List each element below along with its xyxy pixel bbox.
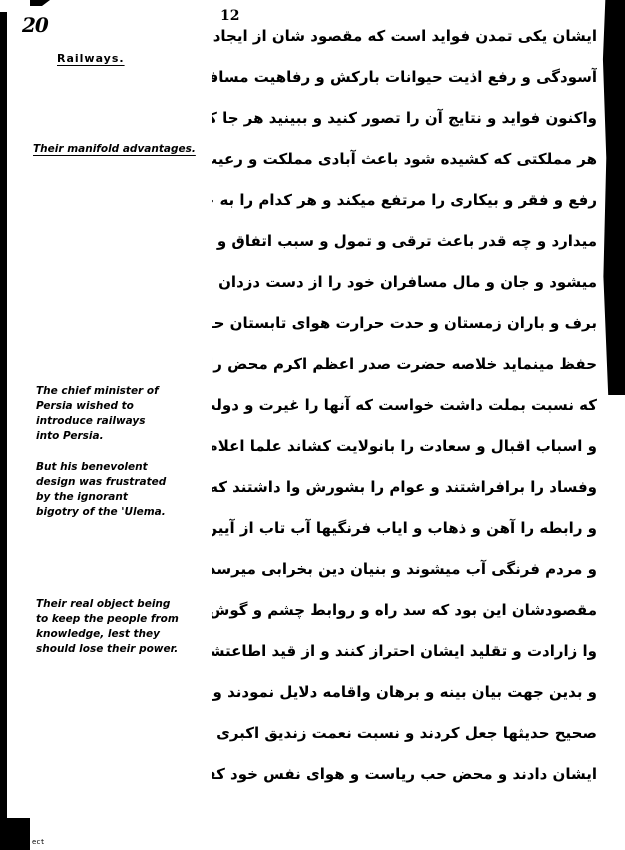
persian-text-line: و اسباب اقبال و سعادت را بانولایت کشاند … — [212, 426, 597, 467]
margin-note-advantages: Their manifold advantages. — [33, 142, 213, 157]
margin-note-real-object: Their real object beingto keep the peopl… — [36, 597, 216, 657]
persian-text-line: برف و باران زمستان و حدت حرارت هوای تابس… — [212, 303, 597, 344]
margin-note-line: to keep the people from — [36, 612, 216, 627]
margin-note-line: by the ignorant — [36, 490, 216, 505]
persian-text-line: و رابطه را آهن و ذهاب و ایاب فرنگیها آب … — [212, 508, 597, 549]
persian-text-line: آسودگی و رفع اذیت حیوانات بارکش و رفاهیت… — [212, 57, 597, 98]
persian-text-line: مقصودشان این بود که سد راه و روابط چشم و… — [212, 590, 597, 631]
margin-heading-railways: Railways. — [57, 52, 125, 65]
margin-note-line: The chief minister of — [36, 384, 216, 399]
persian-text-line: و بدین جهت بیان بینه و برهان واقامه دلای… — [212, 672, 597, 713]
margin-note-line: should lose their power. — [36, 642, 216, 657]
persian-text-line: رفع و فقر و بیکاری را مرتفع میکند و هر ک… — [212, 180, 597, 221]
persian-text-line: و مردم فرنگی آب میشوند و بنیان دین بخراب… — [212, 549, 597, 590]
persian-text-line: وفساد را برافراشتند و عوام را بشورش وا د… — [212, 467, 597, 508]
margin-note-chief-minister: The chief minister ofPersia wished toint… — [36, 384, 216, 444]
margin-note-line: knowledge, lest they — [36, 627, 216, 642]
persian-text-line: ایشان یکی تمدن فواید است که مقصود شان از… — [212, 16, 597, 57]
bottom-scan-mark: ect — [32, 838, 45, 846]
persian-text-line: واکنون فواید و نتایج آن را تصور کنید و ب… — [212, 98, 597, 139]
margin-note-line: bigotry of the 'Ulema. — [36, 505, 216, 520]
scan-border-top-left — [30, 0, 50, 6]
persian-text-line: هر مملکتی که کشیده شود باعث آبادی مملکت … — [212, 139, 597, 180]
margin-note-benevolent-design: But his benevolentdesign was frustratedb… — [36, 460, 216, 520]
margin-note-line: Their manifold advantages. — [33, 142, 213, 157]
scan-border-left — [0, 12, 7, 822]
persian-text-line: که نسبت بملت داشت خواست که آنها را غیرت … — [212, 385, 597, 426]
margin-note-line: into Persia. — [36, 429, 216, 444]
persian-text-line: میشود و جان و مال مسافران خود را از دست … — [212, 262, 597, 303]
persian-text-line: میدارد و چه قدر باعث ترقی و تمول و سبب ا… — [212, 221, 597, 262]
persian-text-line: ایشان دادند و محض حب ریاست و هوای نفس خو… — [212, 754, 597, 795]
persian-text-line: وا زارادت و تقلید ایشان احتراز کنند و از… — [212, 631, 597, 672]
persian-text-column: ایشان یکی تمدن فواید است که مقصود شان از… — [212, 16, 597, 795]
manuscript-page: 20 12 Railways. Their manifold advantage… — [0, 0, 625, 850]
scan-border-right — [601, 0, 625, 395]
margin-note-line: introduce railways — [36, 414, 216, 429]
persian-text-line: حفظ مینماید خلاصه حضرت صدر اعظم اکرم محض… — [212, 344, 597, 385]
folio-mark: 20 — [22, 14, 48, 36]
persian-text-line: صحیح حدیثها جعل کردند و نسبت نعمت زندیق … — [212, 713, 597, 754]
margin-note-line: design was frustrated — [36, 475, 216, 490]
margin-note-line: But his benevolent — [36, 460, 216, 475]
margin-note-line: Persia wished to — [36, 399, 216, 414]
scan-border-bottom-left — [0, 818, 30, 850]
margin-note-line: Their real object being — [36, 597, 216, 612]
